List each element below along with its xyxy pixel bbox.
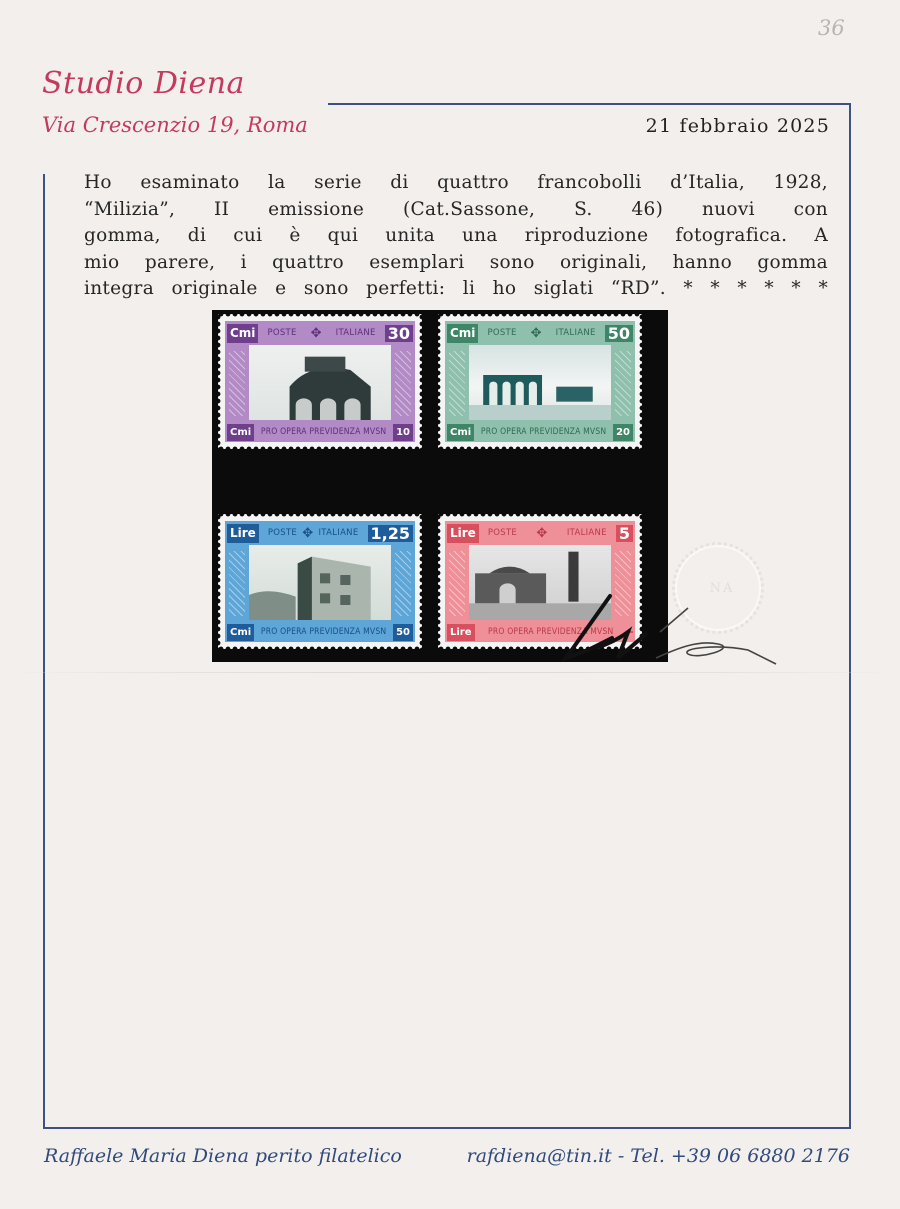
stamp-italiane: ITALIANE [567,528,607,538]
frame-bottom-line [43,1127,851,1129]
stamp-face-value: 5 [616,525,633,542]
stamp-currency-label: Cmi [227,324,258,343]
stamp-face-value: 50 [605,325,633,342]
stamp-italiane: ITALIANE [336,328,376,338]
fasces-column-icon [449,551,465,616]
frame-left-line [43,174,45,1129]
stamp-poste: POSTE [487,328,516,338]
certificate-text: Ho esaminato la serie di quattro francob… [84,170,828,303]
certificate-line: Ho esaminato la serie di quattro francob… [84,170,828,197]
frame-top-line [328,103,851,105]
eagle-emblem-icon: ✥ [311,326,322,341]
stamp-currency-label: Cmi [447,324,478,343]
eagle-emblem-icon: ✥ [536,526,547,541]
fasces-column-icon [229,351,245,416]
expert-signature [548,588,778,678]
fasces-column-icon [395,551,411,616]
stamp-face-value: 1,25 [368,525,413,542]
stamp-surcharge-value: 10 [393,424,413,441]
stamp-design: Lire POSTE ✥ ITALIANE 1,25 Cmi [225,521,415,642]
stamp-country-label: POSTE ✥ ITALIANE [482,324,600,343]
fasces-column-icon [449,351,465,416]
certificate-line: “Milizia”, II emissione (Cat.Sassone, S.… [84,197,828,224]
stamp: Cmi POSTE ✥ ITALIANE 30 Cmi PRO OPERA PR… [218,314,422,449]
stamp-design: Cmi POSTE ✥ ITALIANE 50 Cmi PRO OP [445,321,635,442]
certificate-line: integra originale e sono perfetti: li ho… [84,276,828,303]
stamp-poste: POSTE [267,328,296,338]
eagle-emblem-icon: ✥ [531,326,542,341]
stamp-currency-label: Lire [447,524,479,543]
fasces-column-icon [395,351,411,416]
stamp-country-label: POSTE ✥ ITALIANE [263,524,364,543]
stamp-poste: POSTE [268,528,297,538]
stamp-surcharge-currency: Lire [447,624,475,641]
eagle-emblem-icon: ✥ [302,526,313,541]
stamp-country-label: POSTE ✥ ITALIANE [483,524,612,543]
stamp-currency-label: Lire [227,524,259,543]
letterhead-address: Via Crescenzio 19, Roma [42,113,308,137]
stamp-surcharge-currency: Cmi [227,424,254,441]
stamp-surcharge-currency: Cmi [447,424,474,441]
stamp-italiane: ITALIANE [318,528,358,538]
stamp-motto: PRO OPERA PREVIDENZA MVSN [254,627,393,637]
stamp-vignette [469,345,611,420]
stamp: Lire POSTE ✥ ITALIANE 1,25 Cmi [218,514,422,649]
certificate-line: mio parere, i quattro esemplari sono ori… [84,250,828,277]
fasces-column-icon [615,351,631,416]
stamp-italiane: ITALIANE [556,328,596,338]
fasces-column-icon [229,551,245,616]
stamp-surcharge-value: 20 [613,424,633,441]
stamp-surcharge-value: 50 [393,624,413,641]
stamp-face-value: 30 [385,325,413,342]
stamp-vignette [249,345,391,420]
footer-contact: rafdiena@tin.it - Tel. +39 06 6880 2176 [467,1145,850,1167]
certificate-line: gomma, di cui è qui unita una riproduzio… [84,223,828,250]
stamp-surcharge-currency: Cmi [227,624,254,641]
letterhead-name: Studio Diena [42,66,245,101]
stamp-design: Cmi POSTE ✥ ITALIANE 30 Cmi PRO OPERA PR… [225,321,415,442]
stamp: Cmi POSTE ✥ ITALIANE 50 Cmi PRO OP [438,314,642,449]
stamp-poste: POSTE [488,528,517,538]
frame-right-line [849,103,851,1129]
footer-expert-name: Raffaele Maria Diena perito filatelico [44,1145,402,1167]
stamp-motto: PRO OPERA PREVIDENZA MVSN [254,427,393,437]
stamp-motto: PRO OPERA PREVIDENZA MVSN [474,427,613,437]
stamp-vignette [249,545,391,620]
certificate-date: 21 febbraio 2025 [646,115,830,137]
stamp-country-label: POSTE ✥ ITALIANE [262,324,380,343]
page-number-mark: 36 [818,16,845,40]
